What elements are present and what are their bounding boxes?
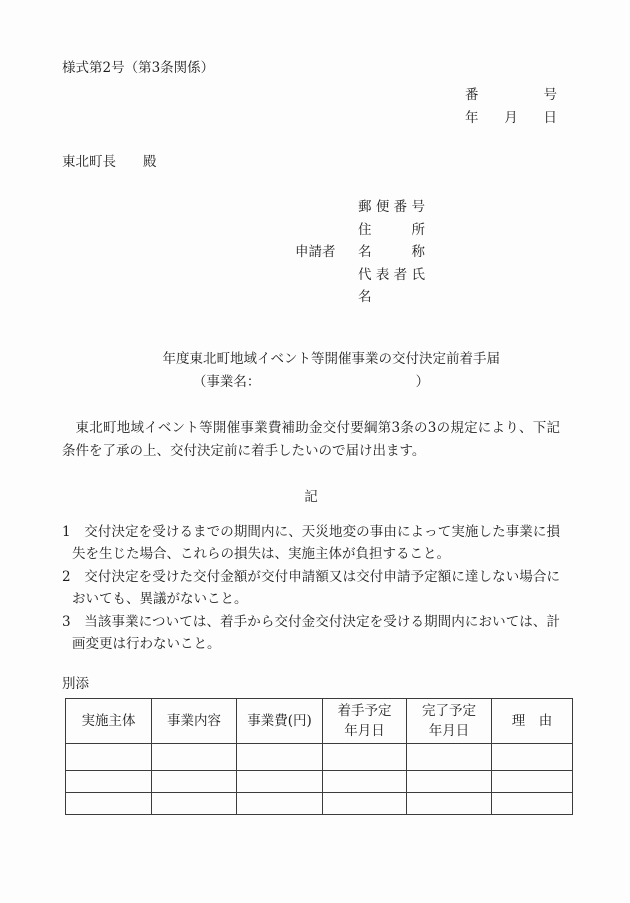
table-header-reason: 理 由 [492, 699, 573, 744]
project-name-line: （事業名： ） [62, 371, 560, 394]
schedule-table-wrapper: 実施主体 事業内容 事業費(円) 着手予定 年月日 完了予定 年月日 理 由 [65, 698, 573, 815]
address-label: 住所 [358, 219, 425, 242]
table-row [66, 771, 573, 793]
applicant-label: 申請者 [295, 241, 336, 264]
table-cell [492, 744, 573, 771]
doc-date-line: 年月日 [465, 107, 557, 130]
table-header-implementing-body: 実施主体 [66, 699, 152, 744]
condition-text: 交付決定を受けるまでの期間内に、天災地変の事由によって実施した事業に損失を生じた… [71, 524, 560, 562]
condition-item: 2 交付決定を受けた交付金額が交付申請額又は交付申請予定額に達しない場合において… [62, 566, 560, 611]
table-cell [323, 744, 407, 771]
table-cell [323, 771, 407, 793]
table-cell [407, 793, 492, 815]
table-header-planned-completion-date: 完了予定 年月日 [407, 699, 492, 744]
postal-code-label: 郵便番号 [358, 196, 425, 219]
table-header-project-cost: 事業費(円) [237, 699, 323, 744]
table-cell [66, 771, 152, 793]
table-cell [152, 793, 237, 815]
record-heading: 記 [62, 486, 560, 509]
table-cell [152, 771, 237, 793]
conditions-list: 1 交付決定を受けるまでの期間内に、天災地変の事由によって実施した事業に損失を生… [62, 521, 560, 655]
table-cell [492, 771, 573, 793]
representative-name-label: 代表者氏名 [358, 264, 425, 309]
table-cell [237, 771, 323, 793]
condition-number: 1 [62, 524, 71, 540]
condition-number: 3 [62, 614, 71, 630]
condition-number: 2 [62, 569, 71, 585]
condition-text: 当該事業については、着手から交付金交付決定を受ける期間内においては、計画変更は行… [71, 614, 560, 652]
table-row [66, 793, 573, 815]
table-cell [323, 793, 407, 815]
schedule-table: 実施主体 事業内容 事業費(円) 着手予定 年月日 完了予定 年月日 理 由 [65, 698, 573, 815]
table-cell [237, 793, 323, 815]
document-page: 様式第2号（第3条関係） 番号 年月日 東北町長 殿 申請者 郵便番号 住所 名… [0, 0, 630, 903]
table-cell [66, 744, 152, 771]
table-cell [66, 793, 152, 815]
doc-number-line: 番号 [465, 84, 557, 107]
condition-text: 交付決定を受けた交付金額が交付申請額又は交付申請予定額に達しない場合においても、… [71, 569, 560, 607]
condition-item: 3 当該事業については、着手から交付金交付決定を受ける期間内においては、計画変更… [62, 611, 560, 656]
document-title-block: 年度東北町地域イベント等開催事業の交付決定前着手届 （事業名： ） [62, 348, 560, 394]
addressee-line: 東北町長 殿 [62, 151, 157, 174]
table-cell [407, 771, 492, 793]
table-cell [407, 744, 492, 771]
name-label: 名称 [358, 241, 425, 264]
table-cell [492, 793, 573, 815]
table-cell [152, 744, 237, 771]
doc-number-date-block: 番号 年月日 [465, 84, 557, 129]
document-title: 年度東北町地域イベント等開催事業の交付決定前着手届 [62, 348, 560, 371]
table-header-planned-start-date: 着手予定 年月日 [323, 699, 407, 744]
table-cell [237, 744, 323, 771]
form-number-label: 様式第2号（第3条関係） [62, 57, 214, 79]
condition-item: 1 交付決定を受けるまでの期間内に、天災地変の事由によって実施した事業に損失を生… [62, 521, 560, 566]
table-header-project-content: 事業内容 [152, 699, 237, 744]
attachment-label: 別添 [62, 673, 89, 696]
applicant-fields-block: 郵便番号 住所 名称 代表者氏名 [358, 196, 425, 309]
table-row [66, 744, 573, 771]
body-paragraph: 東北町地域イベント等開催事業費補助金交付要綱第3条の3の規定により、下記条件を了… [62, 417, 560, 462]
